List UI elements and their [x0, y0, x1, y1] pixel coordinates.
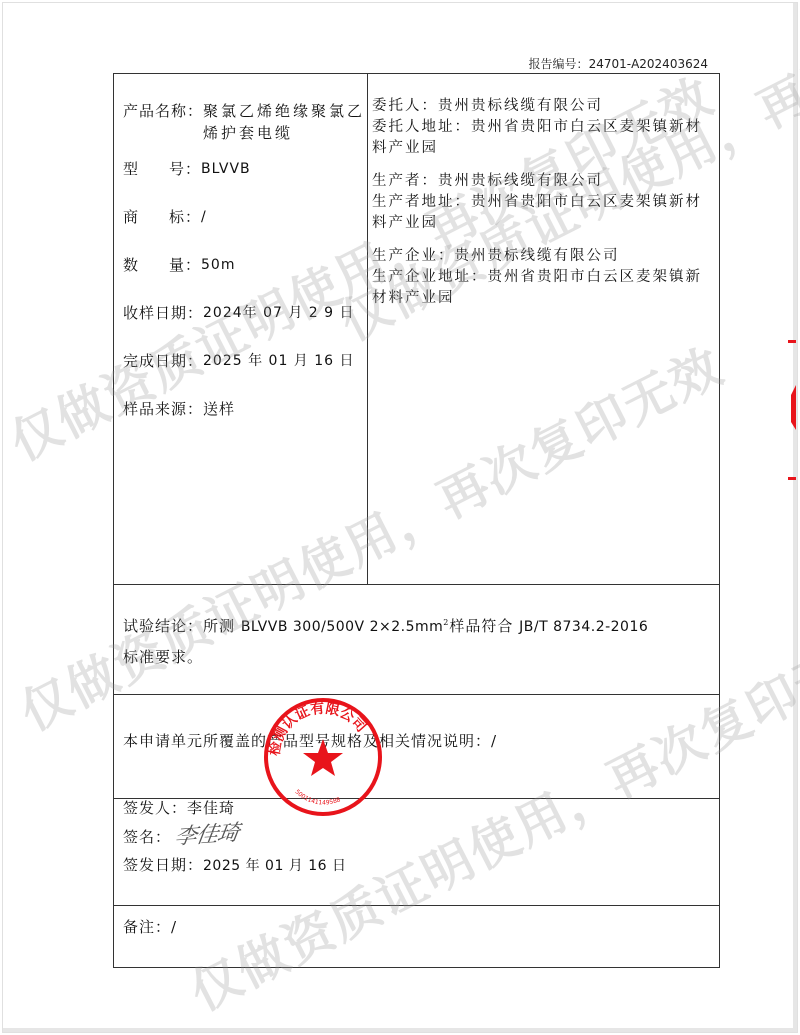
row-divider: [114, 584, 719, 585]
parties-section: 委托人：贵州贵标线缆有限公司 委托人地址：贵州省贵阳市白云区麦架镇新材料产业园 …: [372, 96, 712, 321]
remark-value: /: [171, 918, 177, 936]
completed-date-value: 2025 年 01 月 16 日: [203, 350, 355, 372]
star-icon: [303, 739, 343, 776]
client-label: 委托人：: [372, 98, 438, 114]
conclusion-standard: JB/T 8734.2-2016: [519, 619, 648, 635]
product-info-section: 产品名称： 聚氯乙烯绝缘聚氯乙烯护套电缆 型号： BLVVB 商标： / 数量：…: [123, 100, 368, 434]
producer-label: 生产者：: [372, 173, 438, 189]
enterprise-group: 生产企业：贵州贵标线缆有限公司 生产企业地址：贵州省贵阳市白云区麦架镇新材料产业…: [372, 246, 712, 309]
brand-value: /: [201, 206, 207, 228]
conclusion-spec: BLVVB 300/500V 2×2.5mm: [241, 619, 443, 635]
sample-source-label: 样品来源：: [123, 398, 203, 420]
enterprise-address-label: 生产企业地址：: [372, 269, 488, 285]
conclusion-suffix: 标准要求。: [123, 648, 203, 666]
issuer-value: 李佳琦: [187, 799, 235, 817]
model-row: 型号： BLVVB: [123, 158, 368, 180]
quantity-row: 数量： 50m: [123, 254, 368, 276]
received-date-label: 收样日期：: [123, 302, 203, 324]
product-name-label: 产品名称：: [123, 100, 203, 144]
row-divider: [114, 694, 719, 695]
conclusion-label: 试验结论：: [123, 617, 203, 635]
row-divider: [114, 905, 719, 906]
completed-date-label: 完成日期：: [123, 350, 203, 372]
report-number-label: 报告编号：: [529, 57, 589, 71]
quantity-label: 数: [123, 254, 139, 276]
producer-value: 贵州贵标线缆有限公司: [438, 173, 603, 189]
quantity-value: 50m: [201, 254, 235, 276]
test-conclusion: 试验结论：所测 BLVVB 300/500V 2×2.5mm2样品符合 JB/T…: [123, 608, 713, 672]
conclusion-text: 样品符合: [449, 617, 513, 635]
official-seal-stamp: 检测认证有限公司 5001141149588: [262, 695, 384, 820]
report-number-value: 24701-A202403624: [589, 57, 708, 71]
model-value: BLVVB: [201, 158, 251, 180]
report-number: 报告编号：24701-A202403624: [529, 55, 708, 72]
product-name-row: 产品名称： 聚氯乙烯绝缘聚氯乙烯护套电缆: [123, 100, 368, 144]
brand-row: 商标： /: [123, 206, 368, 228]
enterprise-label: 生产企业：: [372, 248, 455, 264]
edge-seal-fragment: [788, 340, 796, 480]
application-note-value: /: [491, 732, 497, 750]
sample-source-row: 样品来源： 送样: [123, 398, 368, 420]
remark-label: 备注：: [123, 918, 171, 936]
issue-date-value: 2025 年 01 月 16 日: [203, 858, 347, 874]
svg-text:5001141149588: 5001141149588: [293, 788, 341, 806]
client-value: 贵州贵标线缆有限公司: [438, 98, 603, 114]
producer-group: 生产者：贵州贵标线缆有限公司 生产者地址：贵州省贵阳市白云区麦架镇新材料产业园: [372, 171, 712, 234]
client-address-label: 委托人地址：: [372, 119, 471, 135]
model-label: 型: [123, 158, 139, 180]
completed-date-row: 完成日期： 2025 年 01 月 16 日: [123, 350, 368, 372]
remark-section: 备注：/: [123, 916, 177, 938]
issuer-label: 签发人：: [123, 799, 187, 817]
received-date-row: 收样日期： 2024年 07 月 2 9 日: [123, 302, 368, 324]
handwritten-signature: 李佳琦: [173, 820, 241, 852]
report-table: 产品名称： 聚氯乙烯绝缘聚氯乙烯护套电缆 型号： BLVVB 商标： / 数量：…: [113, 73, 720, 968]
received-date-value: 2024年 07 月 2 9 日: [203, 302, 355, 324]
conclusion-text: 所测: [203, 617, 235, 635]
signature-label: 签名：: [123, 828, 171, 846]
client-group: 委托人：贵州贵标线缆有限公司 委托人地址：贵州省贵阳市白云区麦架镇新材料产业园: [372, 96, 712, 159]
product-name-value: 聚氯乙烯绝缘聚氯乙烯护套电缆: [203, 100, 368, 144]
seal-number: 5001141149588: [293, 788, 341, 806]
sample-source-value: 送样: [203, 398, 235, 420]
producer-address-label: 生产者地址：: [372, 194, 471, 210]
issue-date-label: 签发日期：: [123, 856, 203, 874]
enterprise-value: 贵州贵标线缆有限公司: [455, 248, 620, 264]
brand-label: 商: [123, 206, 139, 228]
